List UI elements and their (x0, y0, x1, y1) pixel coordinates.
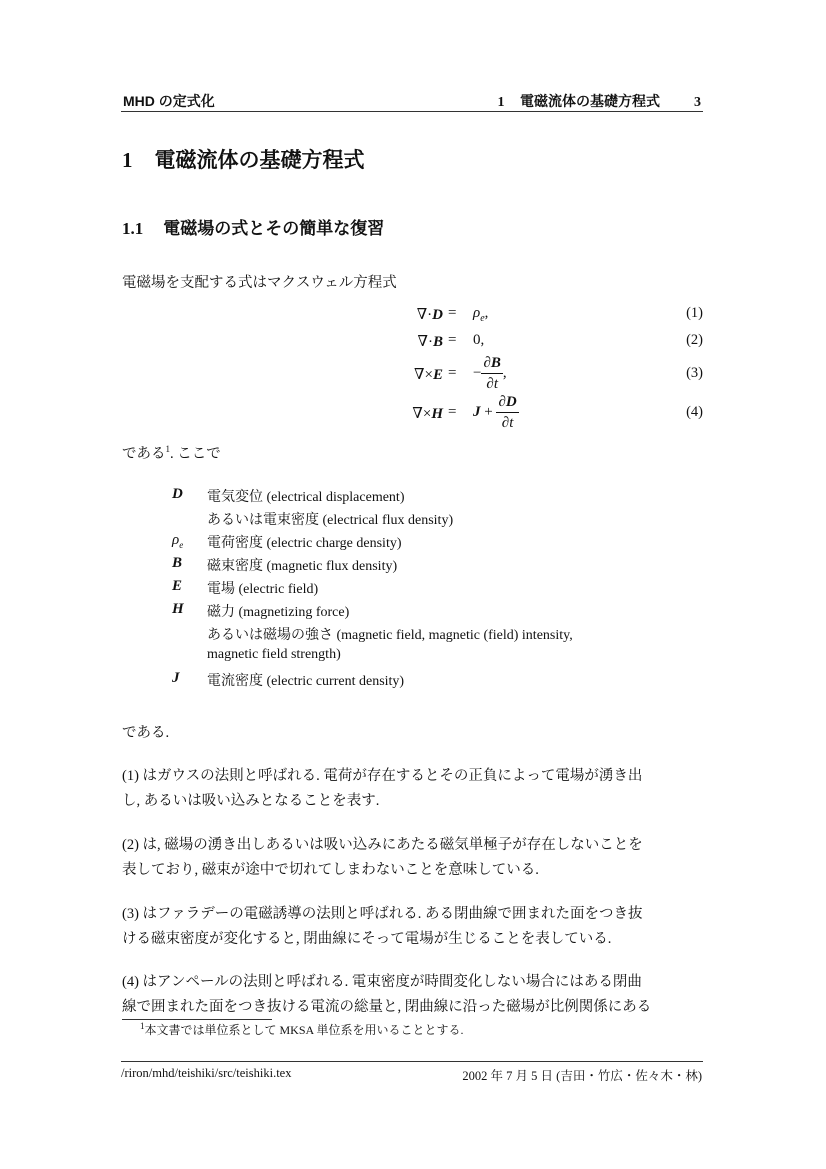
footnote-rule (122, 1019, 272, 1020)
equation-lhs: ∇×H (412, 404, 443, 423)
footnote: 1本文書では単位系として MKSA 単位系を用いることとする. (140, 1021, 464, 1038)
subsection-title: 電磁場の式とその簡単な復習 (163, 219, 384, 238)
equation-rhs: −∂B∂t, (473, 353, 507, 394)
fraction: ∂D∂t (496, 392, 518, 433)
paragraph-3: (3) はファラデーの電磁誘導の法則と呼ばれる. ある閉曲線で囲まれた面をつき抜… (122, 902, 643, 952)
paragraph-2: (2) は, 磁場の湧き出しあるいは吸い込みにあたる磁気単極子が存在しないことを… (122, 833, 643, 883)
running-head-section: 1 電磁流体の基礎方程式3 (497, 91, 701, 111)
equation-3: ∇×E = −∂B∂t, (3) (320, 365, 703, 391)
closing-text: である. (122, 721, 169, 746)
footer-path: /riron/mhd/teishiki/src/teishiki.tex (121, 1066, 291, 1081)
rho-e-symbol: ρe (172, 532, 202, 550)
subsection-heading: 1.1電磁場の式とその簡単な復習 (122, 214, 384, 239)
equation-rhs: J + ∂D∂t (473, 392, 519, 433)
equation-number: (4) (686, 404, 703, 421)
equation-4: ∇×H = J + ∂D∂t (4) (320, 404, 703, 430)
equals-sign: = (448, 332, 456, 349)
equation-lhs: ∇·D (417, 305, 443, 324)
equals-sign: = (448, 365, 456, 382)
equation-2: ∇·B = 0, (2) (320, 332, 703, 358)
equation-1: ∇·D = ρe, (1) (320, 305, 703, 331)
intro-text: 電磁場を支配する式はマクスウェル方程式 (122, 271, 397, 296)
running-head: MHD の定式化 1 電磁流体の基礎方程式3 (121, 89, 703, 112)
equation-number: (3) (686, 365, 703, 382)
equation-rhs: ρe, (473, 305, 488, 324)
footer-rule (121, 1061, 703, 1062)
equation-lhs: ∇·B (418, 332, 443, 351)
section-title: 電磁流体の基礎方程式 (155, 149, 365, 172)
fraction: ∂B∂t (481, 353, 502, 394)
running-head-title: MHD の定式化 (123, 91, 215, 111)
equation-rhs: 0, (473, 332, 484, 349)
equation-number: (1) (686, 305, 703, 322)
after-equations-text: である1. ここで (122, 437, 221, 467)
subsection-number: 1.1 (122, 219, 143, 238)
equals-sign: = (448, 305, 456, 322)
section-number: 1 (122, 148, 133, 172)
equation-number: (2) (686, 332, 703, 349)
paragraph-1: (1) はガウスの法則と呼ばれる. 電荷が存在するとその正負によって電場が湧き出… (122, 764, 642, 814)
footer-date-authors: 2002 年 7 月 5 日 (吉田・竹広・佐々木・林) (462, 1066, 702, 1084)
page-number: 3 (694, 95, 701, 110)
running-head-section-title: 電磁流体の基礎方程式 (520, 93, 660, 109)
paragraph-4: (4) はアンペールの法則と呼ばれる. 電束密度が時間変化しない場合にはある閉曲… (122, 970, 651, 1020)
equation-lhs: ∇×E (414, 365, 443, 384)
section-heading: 1電磁流体の基礎方程式 (122, 144, 365, 174)
equals-sign: = (448, 404, 456, 421)
